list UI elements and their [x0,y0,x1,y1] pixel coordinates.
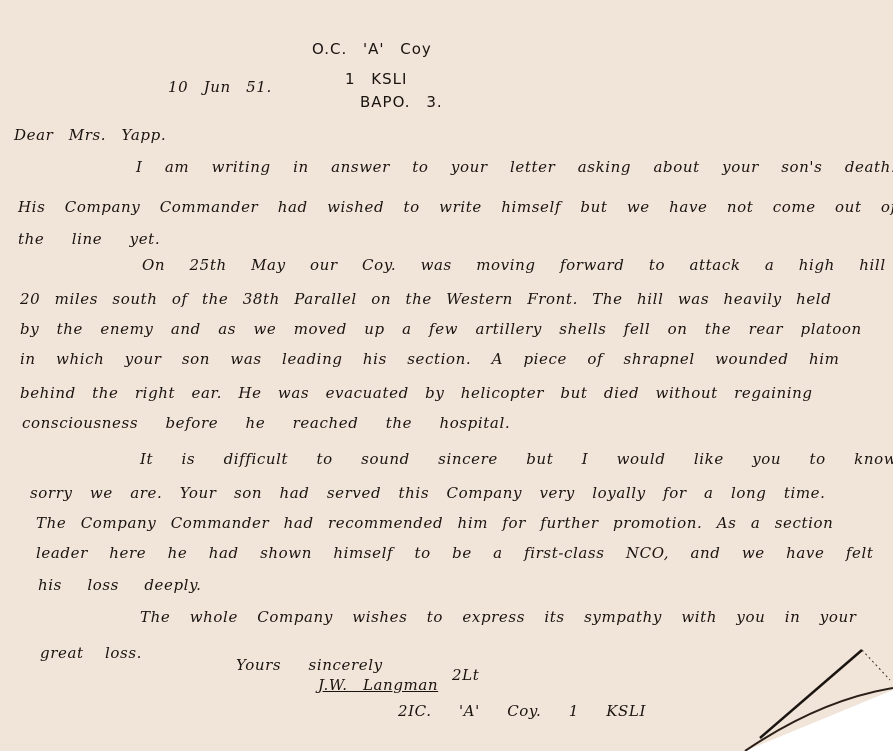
letter-page: O.C. 'A' Coy 1 KSLI BAPO. 3. 10 Jun 51. … [0,0,893,751]
body-line: great loss. [40,644,142,662]
signature-mark: 2Lt [452,666,479,684]
address-line-2: 1 KSLI [345,70,407,88]
body-line: consciousness before he reached the hosp… [22,414,510,432]
body-line: leader here he had shown himself to be a… [36,544,874,562]
body-line: behind the right ear. He was evacuated b… [20,384,813,402]
salutation: Dear Mrs. Yapp. [14,126,166,144]
signature: J.W. Langman [318,676,438,694]
body-line: by the enemy and as we moved up a few ar… [20,320,862,338]
signatory-title: 2IC. 'A' Coy. 1 KSLI [398,702,646,720]
page-curl-icon [0,0,893,751]
letter-date: 10 Jun 51. [168,78,272,96]
address-line-3: BAPO. 3. [360,93,443,111]
address-line-1: O.C. 'A' Coy [312,40,432,58]
body-line: The whole Company wishes to express its … [140,608,857,626]
closing: Yours sincerely [236,656,383,674]
body-line: On 25th May our Coy. was moving forward … [142,256,893,274]
body-line: His Company Commander had wished to writ… [18,198,893,216]
body-line: sorry we are. Your son had served this C… [30,484,826,502]
body-line: I am writing in answer to your letter as… [136,158,893,176]
body-line: in which your son was leading his sectio… [20,350,839,368]
body-line: 20 miles south of the 38th Parallel on t… [20,290,831,308]
body-line: It is difficult to sound sincere but I w… [140,450,893,468]
body-line: The Company Commander had recommended hi… [36,514,833,532]
body-line: his loss deeply. [38,576,202,594]
body-line: the line yet. [18,230,160,248]
